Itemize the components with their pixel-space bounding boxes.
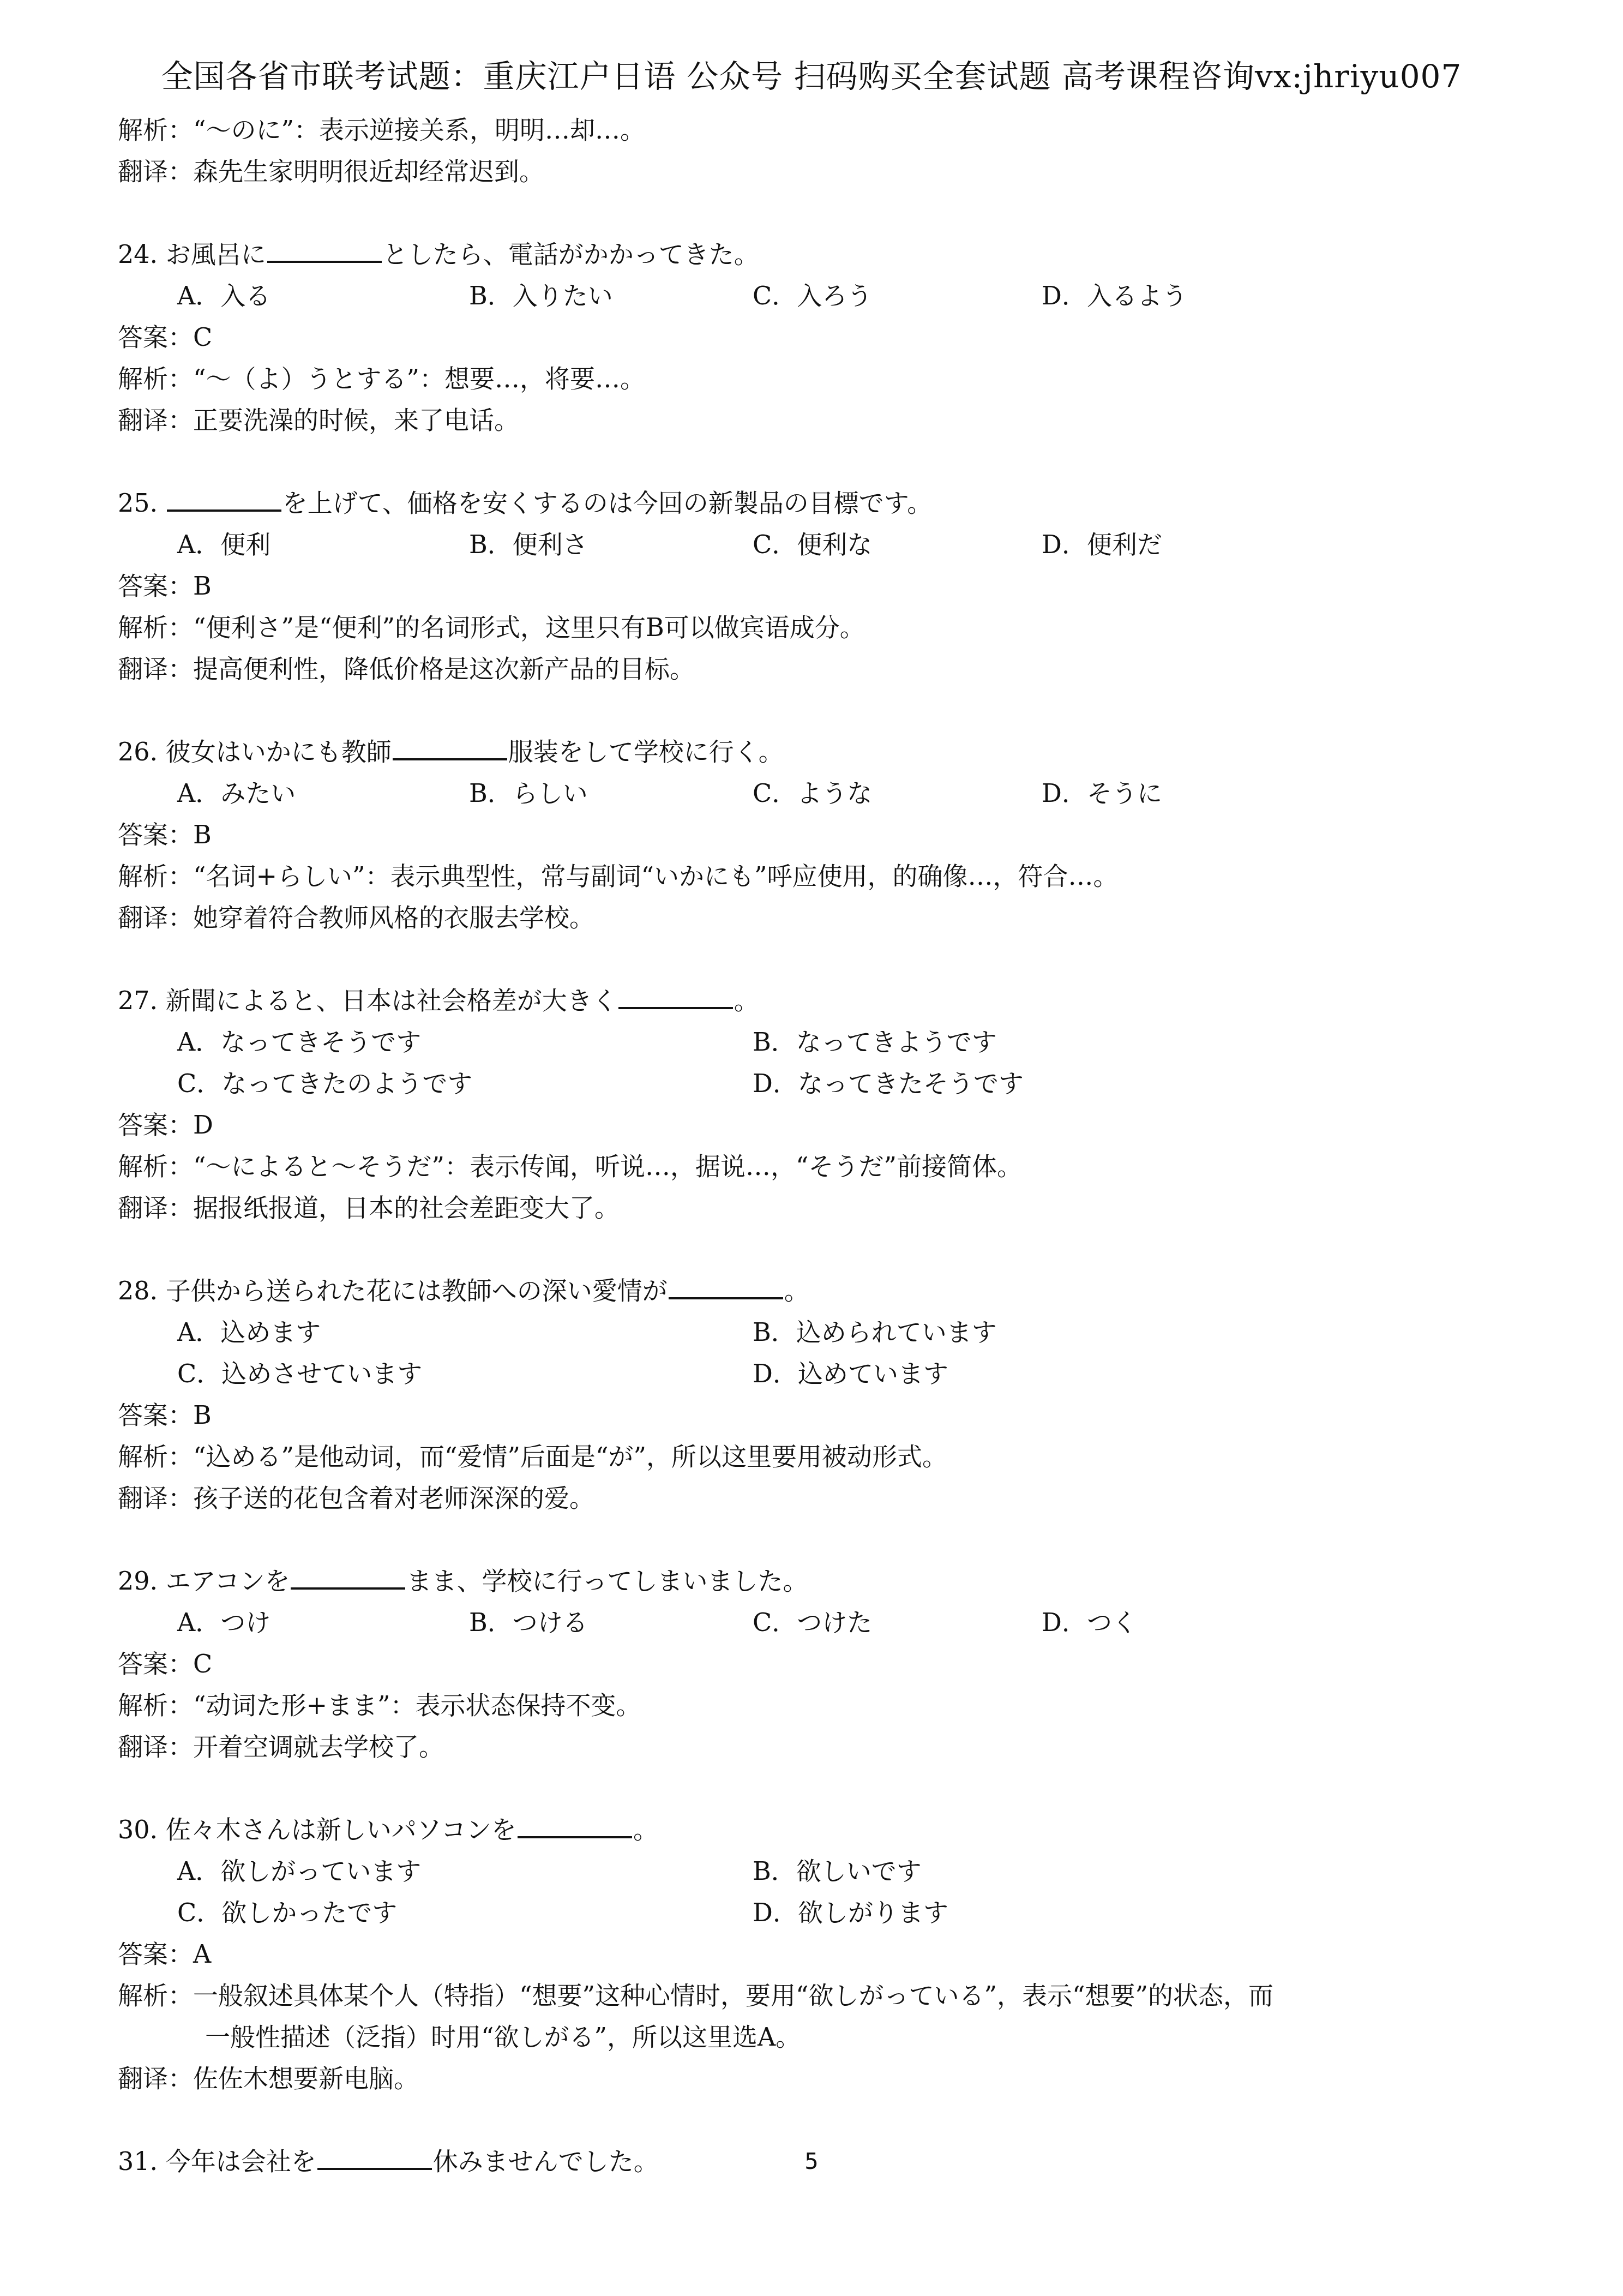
answer-line: 答案：C: [118, 316, 1536, 358]
answer-line: 答案：C: [118, 1643, 1536, 1684]
options-row-1: A．欲しがっています B．欲しいです: [118, 1850, 1536, 1892]
question-25: 25. を上げて、価格を安くするのは今回の新製品の目標です。 A．便利 B．便利…: [118, 482, 1536, 690]
question-number: 26.: [118, 737, 158, 766]
stem-text: 新聞によると、日本は社会格差が大きく: [166, 986, 617, 1015]
spacer: [118, 1228, 1536, 1270]
stem-text: 。: [784, 1276, 809, 1305]
options-row: A．便利 B．便利さ C．便利な D．便利だ: [118, 524, 1536, 565]
answer-blank: [618, 983, 733, 1009]
analysis-line: 解析：“～によると～そうだ”：表示传闻，听说…，据说…，“そうだ”前接简体。: [118, 1146, 1536, 1187]
stem-text: エアコンを: [166, 1566, 290, 1596]
options-row-2: C．込めさせています D．込めています: [118, 1353, 1536, 1394]
spacer: [118, 192, 1536, 233]
option-d: D．入るよう: [1042, 275, 1187, 316]
question-stem: 25. を上げて、価格を安くするのは今回の新製品の目標です。: [118, 482, 1536, 524]
question-number: 29.: [118, 1566, 158, 1596]
stem-text: 服装をして学校に行く。: [508, 737, 784, 766]
spacer: [118, 1519, 1536, 1560]
option-a: A．欲しがっています: [177, 1850, 421, 1892]
document-body: 解析：“～のに”：表示逆接关系，明明…却…。 翻译：森先生家明明很近却经常迟到。…: [118, 109, 1536, 2182]
question-stem: 24. お風呂にとしたら、電話がかかってきた。: [118, 233, 1536, 275]
answer-blank: [393, 734, 507, 760]
question-30: 30. 佐々木さんは新しいパソコンを。 A．欲しがっています B．欲しいです C…: [118, 1809, 1536, 2099]
translation-line: 翻译：提高便利性，降低价格是这次新产品的目标。: [118, 648, 1536, 690]
carryover-translation: 翻译：森先生家明明很近却经常迟到。: [118, 151, 1536, 192]
carryover-analysis: 解析：“～のに”：表示逆接关系，明明…却…。: [118, 109, 1536, 151]
question-26: 26. 彼女はいかにも教師服装をして学校に行く。 A．みたい B．らしい C．よ…: [118, 731, 1536, 938]
translation-line: 翻译：佐佐木想要新电脑。: [118, 2058, 1536, 2099]
option-b: B．欲しいです: [753, 1850, 922, 1892]
option-a: A．なってきそうです: [177, 1021, 421, 1063]
option-a: A．入る: [177, 275, 270, 316]
translation-line: 翻译：孩子送的花包含着对老师深深的爱。: [118, 1477, 1536, 1519]
question-27: 27. 新聞によると、日本は社会格差が大きく。 A．なってきそうです B．なって…: [118, 980, 1536, 1228]
option-d: D．そうに: [1042, 772, 1162, 814]
option-d: D．なってきたそうです: [753, 1063, 1024, 1104]
options-row: A．つけ B．つける C．つけた D．つく: [118, 1602, 1536, 1643]
option-d: D．込めています: [753, 1353, 948, 1394]
spacer: [118, 441, 1536, 482]
stem-text: お風呂に: [166, 239, 266, 269]
answer-line: 答案：A: [118, 1933, 1536, 1975]
translation-line: 翻译：据报纸报道，日本的社会差距变大了。: [118, 1187, 1536, 1228]
option-b: B．入りたい: [469, 275, 613, 316]
translation-line: 翻译：正要洗澡的时候，来了电话。: [118, 399, 1536, 441]
answer-blank: [669, 1273, 783, 1299]
options-row: A．みたい B．らしい C．ような D．そうに: [118, 772, 1536, 814]
option-a: A．込めます: [177, 1311, 321, 1353]
analysis-line-continued: 一般性描述（泛指）时用“欲しがる”，所以这里选A。: [118, 2016, 1536, 2058]
question-stem: 27. 新聞によると、日本は社会格差が大きく。: [118, 980, 1536, 1021]
question-number: 27.: [118, 986, 158, 1015]
spacer: [118, 2099, 1536, 2141]
options-row-1: A．なってきそうです B．なってきようです: [118, 1021, 1536, 1063]
answer-blank: [167, 485, 281, 512]
spacer: [118, 690, 1536, 731]
question-28: 28. 子供から送られた花には教師への深い愛情が。 A．込めます B．込められて…: [118, 1270, 1536, 1519]
analysis-line: 解析：“込める”是他动词，而“爱情”后面是“が”，所以这里要用被动形式。: [118, 1436, 1536, 1477]
option-c: C．欲しかったです: [177, 1892, 397, 1933]
question-stem: 30. 佐々木さんは新しいパソコンを。: [118, 1809, 1536, 1850]
option-c: C．入ろう: [753, 275, 872, 316]
stem-text: としたら、電話がかかってきた。: [383, 239, 759, 269]
question-number: 28.: [118, 1276, 158, 1305]
question-stem: 28. 子供から送られた花には教師への深い愛情が。: [118, 1270, 1536, 1311]
analysis-line: 解析：“名词+らしい”：表示典型性，常与副词“いかにも”呼应使用，的确像…，符合…: [118, 855, 1536, 897]
spacer: [118, 938, 1536, 980]
analysis-line: 解析：一般叙述具体某个人（特指）“想要”这种心情时，要用“欲しがっている”，表示…: [118, 1975, 1536, 2016]
option-a: A．みたい: [177, 772, 296, 814]
options-row-1: A．込めます B．込められています: [118, 1311, 1536, 1353]
stem-text: 佐々木さんは新しいパソコンを: [166, 1815, 516, 1844]
answer-line: 答案：D: [118, 1104, 1536, 1146]
option-d: D．欲しがります: [753, 1892, 948, 1933]
question-stem: 26. 彼女はいかにも教師服装をして学校に行く。: [118, 731, 1536, 772]
option-b: B．込められています: [753, 1311, 997, 1353]
answer-line: 答案：B: [118, 565, 1536, 607]
page-header-banner: 全国各省市联考试题：重庆江户日语 公众号 扫码购买全套试题 高考课程咨询vx:j…: [0, 55, 1623, 98]
option-a: A．便利: [177, 524, 270, 565]
option-b: B．便利さ: [469, 524, 588, 565]
answer-blank: [291, 1563, 405, 1590]
option-c: C．つけた: [753, 1602, 872, 1643]
translation-line: 翻译：她穿着符合教师风格的衣服去学校。: [118, 897, 1536, 938]
analysis-line: 解析：“～（よ）うとする”：想要…，将要…。: [118, 358, 1536, 399]
question-29: 29. エアコンをまま、学校に行ってしまいました。 A．つけ B．つける C．つ…: [118, 1560, 1536, 1767]
answer-blank: [518, 1812, 632, 1838]
question-stem: 29. エアコンをまま、学校に行ってしまいました。: [118, 1560, 1536, 1602]
option-b: B．つける: [469, 1602, 588, 1643]
options-row-2: C．欲しかったです D．欲しがります: [118, 1892, 1536, 1933]
spacer: [118, 1767, 1536, 1809]
answer-line: 答案：B: [118, 814, 1536, 855]
option-c: C．便利な: [753, 524, 872, 565]
option-b: B．なってきようです: [753, 1021, 997, 1063]
option-c: C．込めさせています: [177, 1353, 422, 1394]
options-row-2: C．なってきたのようです D．なってきたそうです: [118, 1063, 1536, 1104]
question-24: 24. お風呂にとしたら、電話がかかってきた。 A．入る B．入りたい C．入ろ…: [118, 233, 1536, 441]
analysis-line: 解析：“便利さ”是“便利”的名词形式，这里只有B可以做宾语成分。: [118, 607, 1536, 648]
answer-blank: [267, 237, 382, 263]
stem-text: 。: [633, 1815, 658, 1844]
translation-line: 翻译：开着空调就去学校了。: [118, 1726, 1536, 1767]
analysis-line: 解析：“动词た形+まま”：表示状态保持不变。: [118, 1684, 1536, 1726]
option-c: C．ような: [753, 772, 872, 814]
option-a: A．つけ: [177, 1602, 270, 1643]
question-number: 25.: [118, 488, 158, 518]
question-number: 30.: [118, 1815, 158, 1844]
option-d: D．つく: [1042, 1602, 1137, 1643]
page-number: 5: [0, 2149, 1623, 2174]
option-d: D．便利だ: [1042, 524, 1162, 565]
options-row: A．入る B．入りたい C．入ろう D．入るよう: [118, 275, 1536, 316]
question-number: 24.: [118, 239, 158, 269]
stem-text: 子供から送られた花には教師への深い愛情が: [166, 1276, 668, 1305]
stem-text: を上げて、価格を安くするのは今回の新製品の目標です。: [282, 488, 932, 518]
stem-text: 。: [734, 986, 759, 1015]
option-c: C．なってきたのようです: [177, 1063, 472, 1104]
stem-text: 彼女はいかにも教師: [166, 737, 392, 766]
option-b: B．らしい: [469, 772, 588, 814]
answer-line: 答案：B: [118, 1394, 1536, 1436]
stem-text: まま、学校に行ってしまいました。: [406, 1566, 808, 1596]
